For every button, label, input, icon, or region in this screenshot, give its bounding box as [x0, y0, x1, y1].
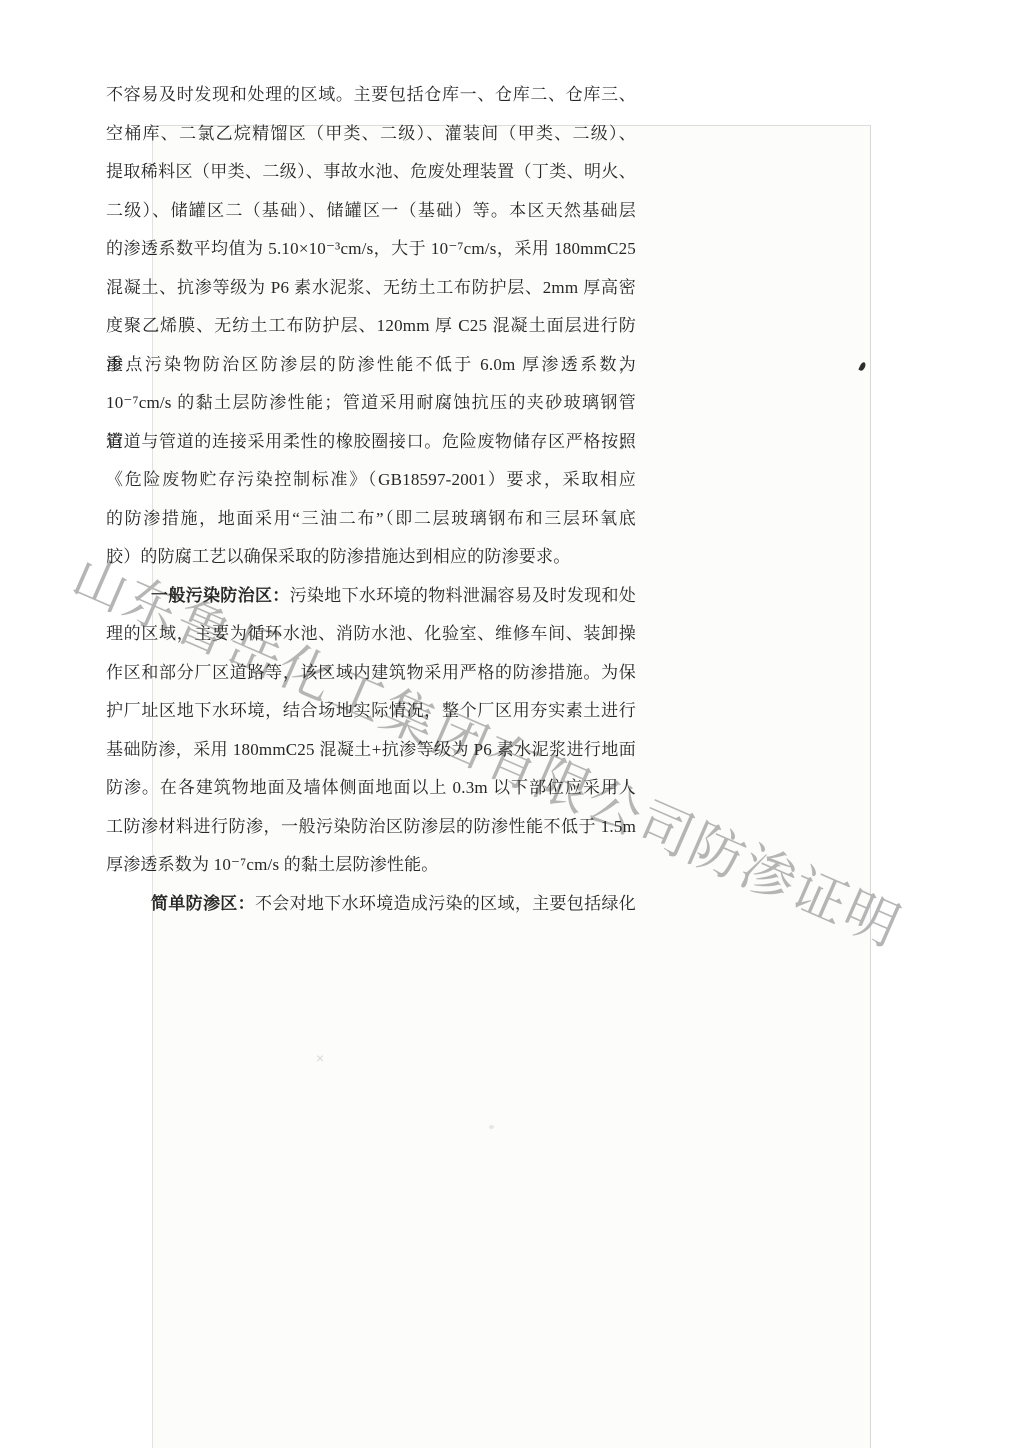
- text-line: 工防渗材料进行防渗，一般污染防治区防渗层的防渗性能不低于 1.5m: [106, 808, 636, 847]
- text-line: 防渗。在各建筑物地面及墙体侧面地面以上 0.3m 以下部位应采用人: [106, 769, 636, 808]
- text-line: 作区和部分厂区道路等，该区域内建筑物采用严格的防渗措施。为保: [106, 654, 636, 693]
- text-line-section-simple: 简单防渗区：不会对地下水环境造成污染的区域，主要包括绿化: [106, 885, 636, 924]
- document-text: 不容易及时发现和处理的区域。主要包括仓库一、仓库二、仓库三、 空桶库、二氯乙烷精…: [106, 76, 636, 923]
- text-line: 不会对地下水环境造成污染的区域，主要包括绿化: [255, 894, 636, 913]
- text-line: 胶）的防腐工艺以确保采取的防渗措施达到相应的防渗要求。: [106, 538, 636, 577]
- section-heading-general: 一般污染防治区：: [151, 586, 290, 605]
- text-line: 《危险废物贮存污染控制标准》（GB18597-2001）要求，采取相应: [106, 461, 636, 500]
- text-line-section-general: 一般污染防治区：污染地下水环境的物料泄漏容易及时发现和处: [106, 577, 636, 616]
- text-line: 重点污染物防治区防渗层的防渗性能不低于 6.0m 厚渗透系数为: [106, 346, 636, 385]
- faint-dot-mark: [489, 1125, 494, 1129]
- text-line: 的防渗措施，地面采用“三油二布”（即二层玻璃钢布和三层环氧底: [106, 500, 636, 539]
- faint-cross-mark: ×: [316, 1050, 324, 1066]
- text-line: 二级）、储罐区二（基础）、储罐区一（基础）等。本区天然基础层: [106, 192, 636, 231]
- text-line: 度聚乙烯膜、无纺土工布防护层、120mm 厚 C25 混凝土面层进行防渗，: [106, 307, 636, 346]
- section-heading-simple: 简单防渗区：: [151, 894, 255, 913]
- text-line: 不容易及时发现和处理的区域。主要包括仓库一、仓库二、仓库三、: [106, 76, 636, 115]
- text-line: 混凝土、抗渗等级为 P6 素水泥浆、无纺土工布防护层、2mm 厚高密: [106, 269, 636, 308]
- text-line: 的渗透系数平均值为 5.10×10⁻³cm/s，大于 10⁻⁷cm/s，采用 1…: [106, 230, 636, 269]
- text-line: 管道与管道的连接采用柔性的橡胶圈接口。危险废物储存区严格按照: [106, 423, 636, 462]
- text-line: 厚渗透系数为 10⁻⁷cm/s 的黏土层防渗性能。: [106, 846, 636, 885]
- text-line: 基础防渗，采用 180mmC25 混凝土+抗渗等级为 P6 素水泥浆进行地面: [106, 731, 636, 770]
- scan-canvas: 山东鲁岳化工集团有限公司防渗证明 不容易及时发现和处理的区域。主要包括仓库一、仓…: [0, 0, 1024, 1448]
- text-line: 10⁻⁷cm/s 的黏土层防渗性能；管道采用耐腐蚀抗压的夹砂玻璃钢管道；: [106, 384, 636, 423]
- text-line: 提取稀料区（甲类、二级）、事故水池、危废处理装置（丁类、明火、: [106, 153, 636, 192]
- text-line: 理的区域，主要为循环水池、消防水池、化验室、维修车间、装卸操: [106, 615, 636, 654]
- text-line: 空桶库、二氯乙烷精馏区（甲类、二级）、灌装间（甲类、二级）、: [106, 115, 636, 154]
- text-line: 污染地下水环境的物料泄漏容易及时发现和处: [290, 586, 636, 605]
- text-line: 护厂址区地下水环境，结合场地实际情况，整个厂区用夯实素土进行: [106, 692, 636, 731]
